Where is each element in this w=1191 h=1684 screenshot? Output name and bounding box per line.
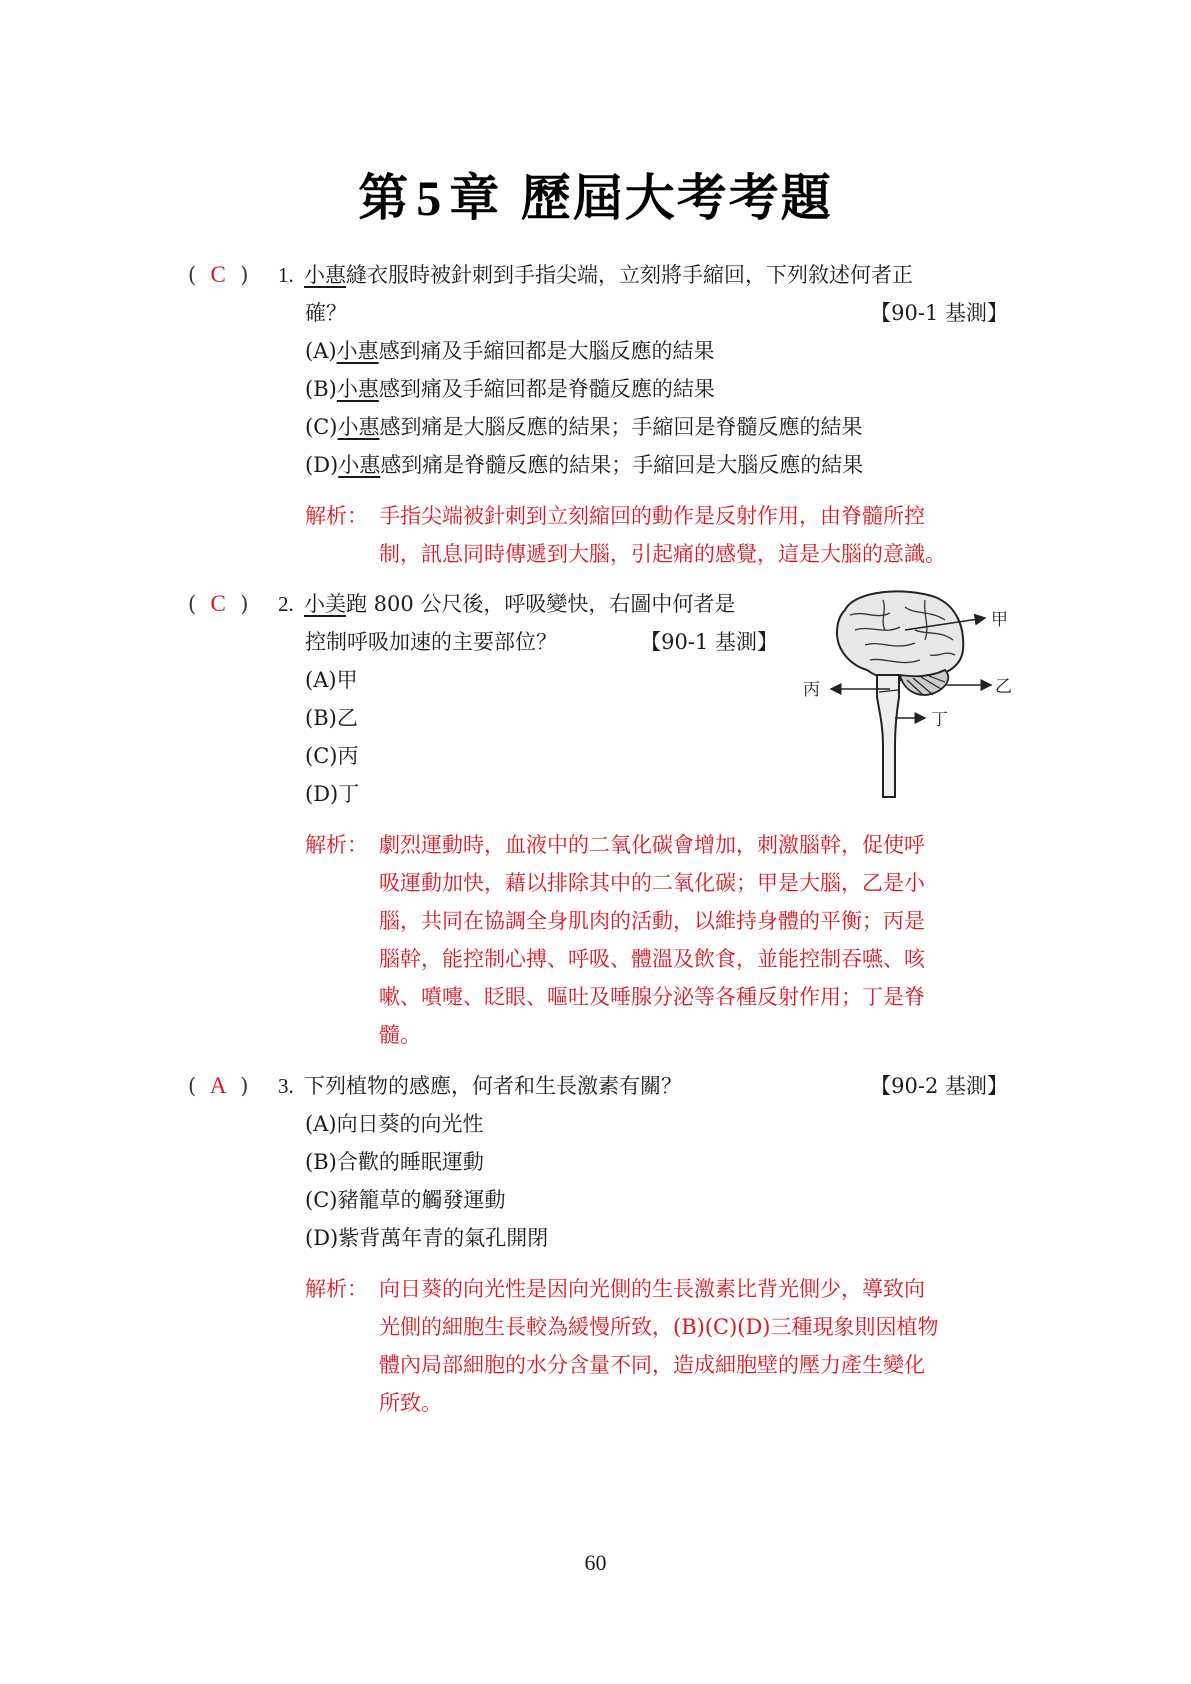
- explanation-text: 腦，共同在協調全身肌肉的活動，以維持身體的平衡；丙是: [379, 909, 925, 933]
- explanation-text: 制，訊息同時傳遞到大腦，引起痛的感覺，這是大腦的意識。: [379, 542, 946, 566]
- answer-letter: C: [196, 585, 240, 623]
- name-underlined: 小惠: [338, 453, 380, 477]
- option-text: 丙: [337, 744, 358, 768]
- name-underlined: 小惠: [337, 377, 379, 401]
- option-text: 甲: [337, 668, 358, 692]
- question-number: 1.: [278, 256, 304, 294]
- label-jia: 甲: [991, 610, 1008, 630]
- answer-bracket: (C): [188, 585, 278, 623]
- question-text: 確？: [305, 301, 347, 325]
- name-underlined: 小惠: [304, 263, 346, 287]
- page-number: 60: [0, 1550, 1191, 1576]
- label-yi: 乙: [995, 677, 1012, 697]
- explanation-label: 解析：: [305, 826, 379, 864]
- option-text: 乙: [337, 706, 358, 730]
- question-number: 3.: [278, 1067, 304, 1105]
- option-label: (C): [305, 415, 337, 439]
- option-label: (B): [305, 706, 337, 730]
- option-text: 合歡的睡眠運動: [337, 1150, 484, 1174]
- option-label: (D): [305, 1226, 338, 1250]
- chapter-title-suffix: 章 歷屆大考考題: [449, 168, 832, 227]
- explanation-text: 體內局部細胞的水分含量不同，造成細胞壁的壓力產生變化: [379, 1353, 925, 1377]
- question-stem-line: 確？ 【90-1 基測】: [188, 294, 1018, 332]
- answer-letter: A: [196, 1067, 240, 1105]
- chapter-title-prefix: 第: [358, 168, 410, 227]
- explanation-2: 解析：劇烈運動時，血液中的二氧化碳會增加，刺激腦幹，促使呼 吸運動加快，藉以排除…: [305, 826, 1025, 1054]
- explanation-text: 腦幹，能控制心搏、呼吸、體溫及飲食，並能控制吞嚥、咳: [379, 947, 925, 971]
- name-underlined: 小惠: [337, 415, 379, 439]
- option-label: (A): [305, 1112, 337, 1136]
- answer-bracket: (A): [188, 1067, 278, 1105]
- option-d: (D)紫背萬年青的氣孔開閉: [188, 1219, 1018, 1257]
- brain-diagram: 甲 丙 乙 丁: [795, 585, 1020, 800]
- question-number: 2.: [278, 585, 304, 623]
- question-1: (C)1.小惠縫衣服時被針刺到手指尖端，立刻將手縮回，下列敘述何者正 確？ 【9…: [188, 256, 1018, 484]
- explanation-text: 手指尖端被針刺到立刻縮回的動作是反射作用，由脊髓所控: [379, 504, 925, 528]
- option-label: (A): [305, 668, 337, 692]
- option-label: (D): [305, 453, 338, 477]
- explanation-text: 髓。: [379, 1023, 421, 1047]
- option-text: 感到痛是脊髓反應的結果；手縮回是大腦反應的結果: [380, 453, 863, 477]
- option-b: (B)合歡的睡眠運動: [188, 1143, 1018, 1181]
- option-a: (A)向日葵的向光性: [188, 1105, 1018, 1143]
- answer-bracket: (C): [188, 256, 278, 294]
- explanation-text: 嗽、噴嚏、眨眼、嘔吐及唾腺分泌等各種反射作用；丁是脊: [379, 985, 925, 1009]
- question-text: 縫衣服時被針刺到手指尖端，立刻將手縮回，下列敘述何者正: [346, 263, 913, 287]
- option-text: 感到痛及手縮回都是大腦反應的結果: [379, 339, 715, 363]
- brain-illustration-icon: 甲 丙 乙 丁: [795, 585, 1020, 800]
- option-text: 紫背萬年青的氣孔開閉: [338, 1226, 548, 1250]
- label-ding: 丁: [931, 710, 948, 730]
- chapter-title: 第5章 歷屆大考考題: [0, 158, 1191, 230]
- name-underlined: 小美: [304, 592, 346, 616]
- option-text: 丁: [338, 782, 359, 806]
- chapter-number: 5: [416, 170, 443, 226]
- option-label: (C): [305, 744, 337, 768]
- explanation-label: 解析：: [305, 1270, 379, 1308]
- name-underlined: 小惠: [337, 339, 379, 363]
- question-text: 跑 800 公尺後，呼吸變快，右圖中何者是: [346, 592, 735, 616]
- option-b: (B)小惠感到痛及手縮回都是脊髓反應的結果: [188, 370, 1018, 408]
- question-3: (A)3.下列植物的感應，何者和生長激素有關？ 【90-2 基測】 (A)向日葵…: [188, 1067, 1018, 1257]
- option-label: (D): [305, 782, 338, 806]
- question-stem-line: (C)1.小惠縫衣服時被針刺到手指尖端，立刻將手縮回，下列敘述何者正: [188, 256, 1018, 294]
- label-bing: 丙: [803, 680, 820, 700]
- exam-source: 【90-1 基測】: [640, 623, 778, 661]
- option-text: 向日葵的向光性: [337, 1112, 484, 1136]
- explanation-text: 光側的細胞生長較為緩慢所致，(B)(C)(D)三種現象則因植物: [379, 1315, 939, 1339]
- option-text: 感到痛是大腦反應的結果；手縮回是脊髓反應的結果: [379, 415, 862, 439]
- explanation-text: 劇烈運動時，血液中的二氧化碳會增加，刺激腦幹，促使呼: [379, 833, 925, 857]
- exam-source: 【90-2 基測】: [870, 1067, 1008, 1105]
- explanation-text: 吸運動加快，藉以排除其中的二氧化碳；甲是大腦，乙是小: [379, 871, 925, 895]
- option-label: (C): [305, 1188, 337, 1212]
- answer-letter: C: [196, 256, 240, 294]
- option-c: (C)豬籠草的觸發運動: [188, 1181, 1018, 1219]
- exam-source: 【90-1 基測】: [870, 294, 1008, 332]
- option-label: (B): [305, 377, 337, 401]
- option-a: (A)小惠感到痛及手縮回都是大腦反應的結果: [188, 332, 1018, 370]
- option-label: (B): [305, 1150, 337, 1174]
- explanation-1: 解析：手指尖端被針刺到立刻縮回的動作是反射作用，由脊髓所控 制，訊息同時傳遞到大…: [305, 497, 1025, 573]
- option-label: (A): [305, 339, 337, 363]
- explanation-label: 解析：: [305, 497, 379, 535]
- explanation-text: 所致。: [379, 1391, 442, 1415]
- option-d: (D)小惠感到痛是脊髓反應的結果；手縮回是大腦反應的結果: [188, 446, 1018, 484]
- explanation-text: 向日葵的向光性是因向光側的生長激素比背光側少，導致向: [379, 1277, 925, 1301]
- question-stem-line: (A)3.下列植物的感應，何者和生長激素有關？ 【90-2 基測】: [188, 1067, 1018, 1105]
- question-text: 控制呼吸加速的主要部位？: [305, 630, 557, 654]
- option-text: 感到痛及手縮回都是脊髓反應的結果: [379, 377, 715, 401]
- explanation-3: 解析：向日葵的向光性是因向光側的生長激素比背光側少，導致向 光側的細胞生長較為緩…: [305, 1270, 1025, 1422]
- question-text: 下列植物的感應，何者和生長激素有關？: [304, 1074, 682, 1098]
- option-text: 豬籠草的觸發運動: [337, 1188, 505, 1212]
- option-c: (C)小惠感到痛是大腦反應的結果；手縮回是脊髓反應的結果: [188, 408, 1018, 446]
